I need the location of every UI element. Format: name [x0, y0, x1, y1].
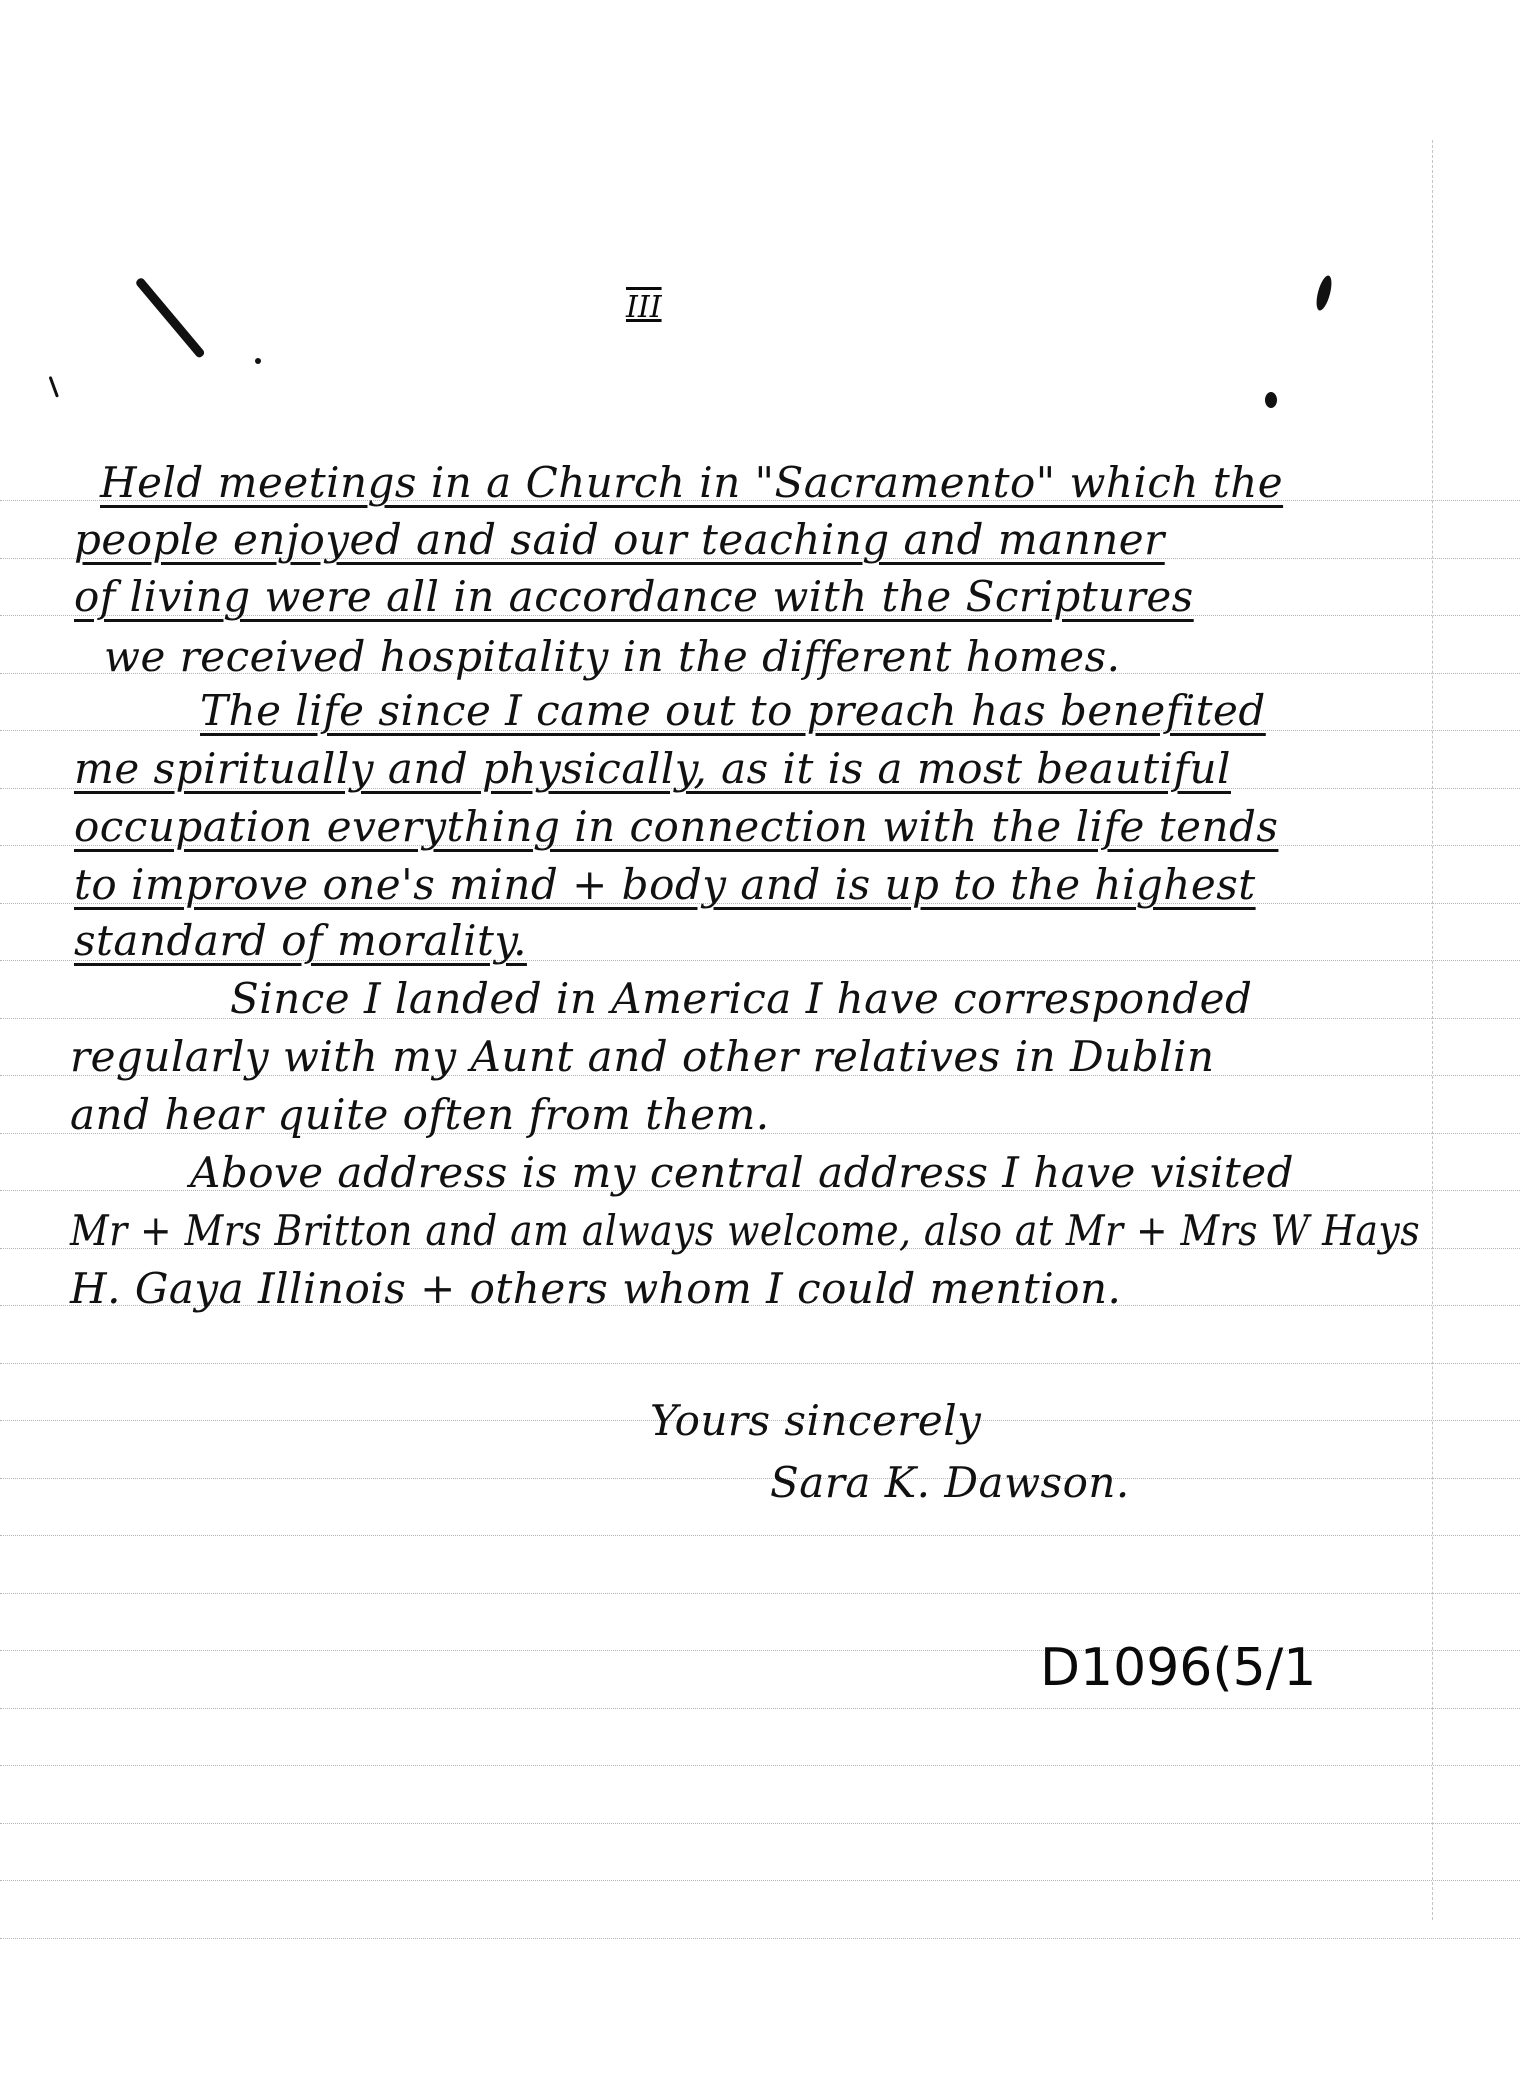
ruled-line: [0, 1765, 1520, 1766]
letter-line: Above address is my central address I ha…: [190, 1152, 1294, 1194]
ruled-line: [0, 1880, 1520, 1881]
ink-stroke-mark: [49, 376, 59, 398]
ruled-line: [0, 1363, 1520, 1364]
reference-number: D1096(5/1: [1040, 1638, 1316, 1698]
letter-line: Since I landed in America I have corresp…: [230, 978, 1252, 1020]
letter-line: we received hospitality in the different…: [104, 636, 1121, 678]
letter-line: and hear quite often from them.: [70, 1094, 770, 1136]
letter-line: standard of morality.: [74, 920, 527, 962]
ruled-line: [0, 1478, 1520, 1479]
letter-line: occupation everything in connection with…: [74, 806, 1278, 848]
letter-page: III Held meetings in a Church in "Sacram…: [0, 0, 1536, 2076]
closing: Yours sincerely: [650, 1400, 981, 1442]
ruled-line: [0, 1708, 1520, 1709]
ruled-line: [0, 1938, 1520, 1939]
letter-line: me spiritually and physically, as it is …: [74, 748, 1231, 790]
ruled-line: [0, 1823, 1520, 1824]
letter-line: regularly with my Aunt and other relativ…: [70, 1036, 1215, 1078]
page-number: III: [626, 290, 662, 325]
letter-line: Held meetings in a Church in "Sacramento…: [100, 462, 1283, 504]
ink-blot: [255, 358, 261, 364]
signature: Sara K. Dawson.: [770, 1462, 1130, 1504]
ink-stroke-mark: [135, 277, 206, 359]
ink-blot: [1314, 274, 1335, 312]
margin-line: [1432, 140, 1433, 1920]
letter-line: to improve one's mind + body and is up t…: [74, 864, 1256, 906]
ruled-line: [0, 1593, 1520, 1594]
ruled-line: [0, 1535, 1520, 1536]
letter-line: people enjoyed and said our teaching and…: [74, 519, 1165, 561]
letter-line: H. Gaya Illinois + others whom I could m…: [70, 1268, 1121, 1310]
ink-blot: [1265, 392, 1277, 408]
letter-line: of living were all in accordance with th…: [74, 576, 1194, 618]
letter-line: The life since I came out to preach has …: [200, 690, 1266, 732]
letter-line: Mr + Mrs Britton and am always welcome, …: [70, 1210, 1420, 1252]
